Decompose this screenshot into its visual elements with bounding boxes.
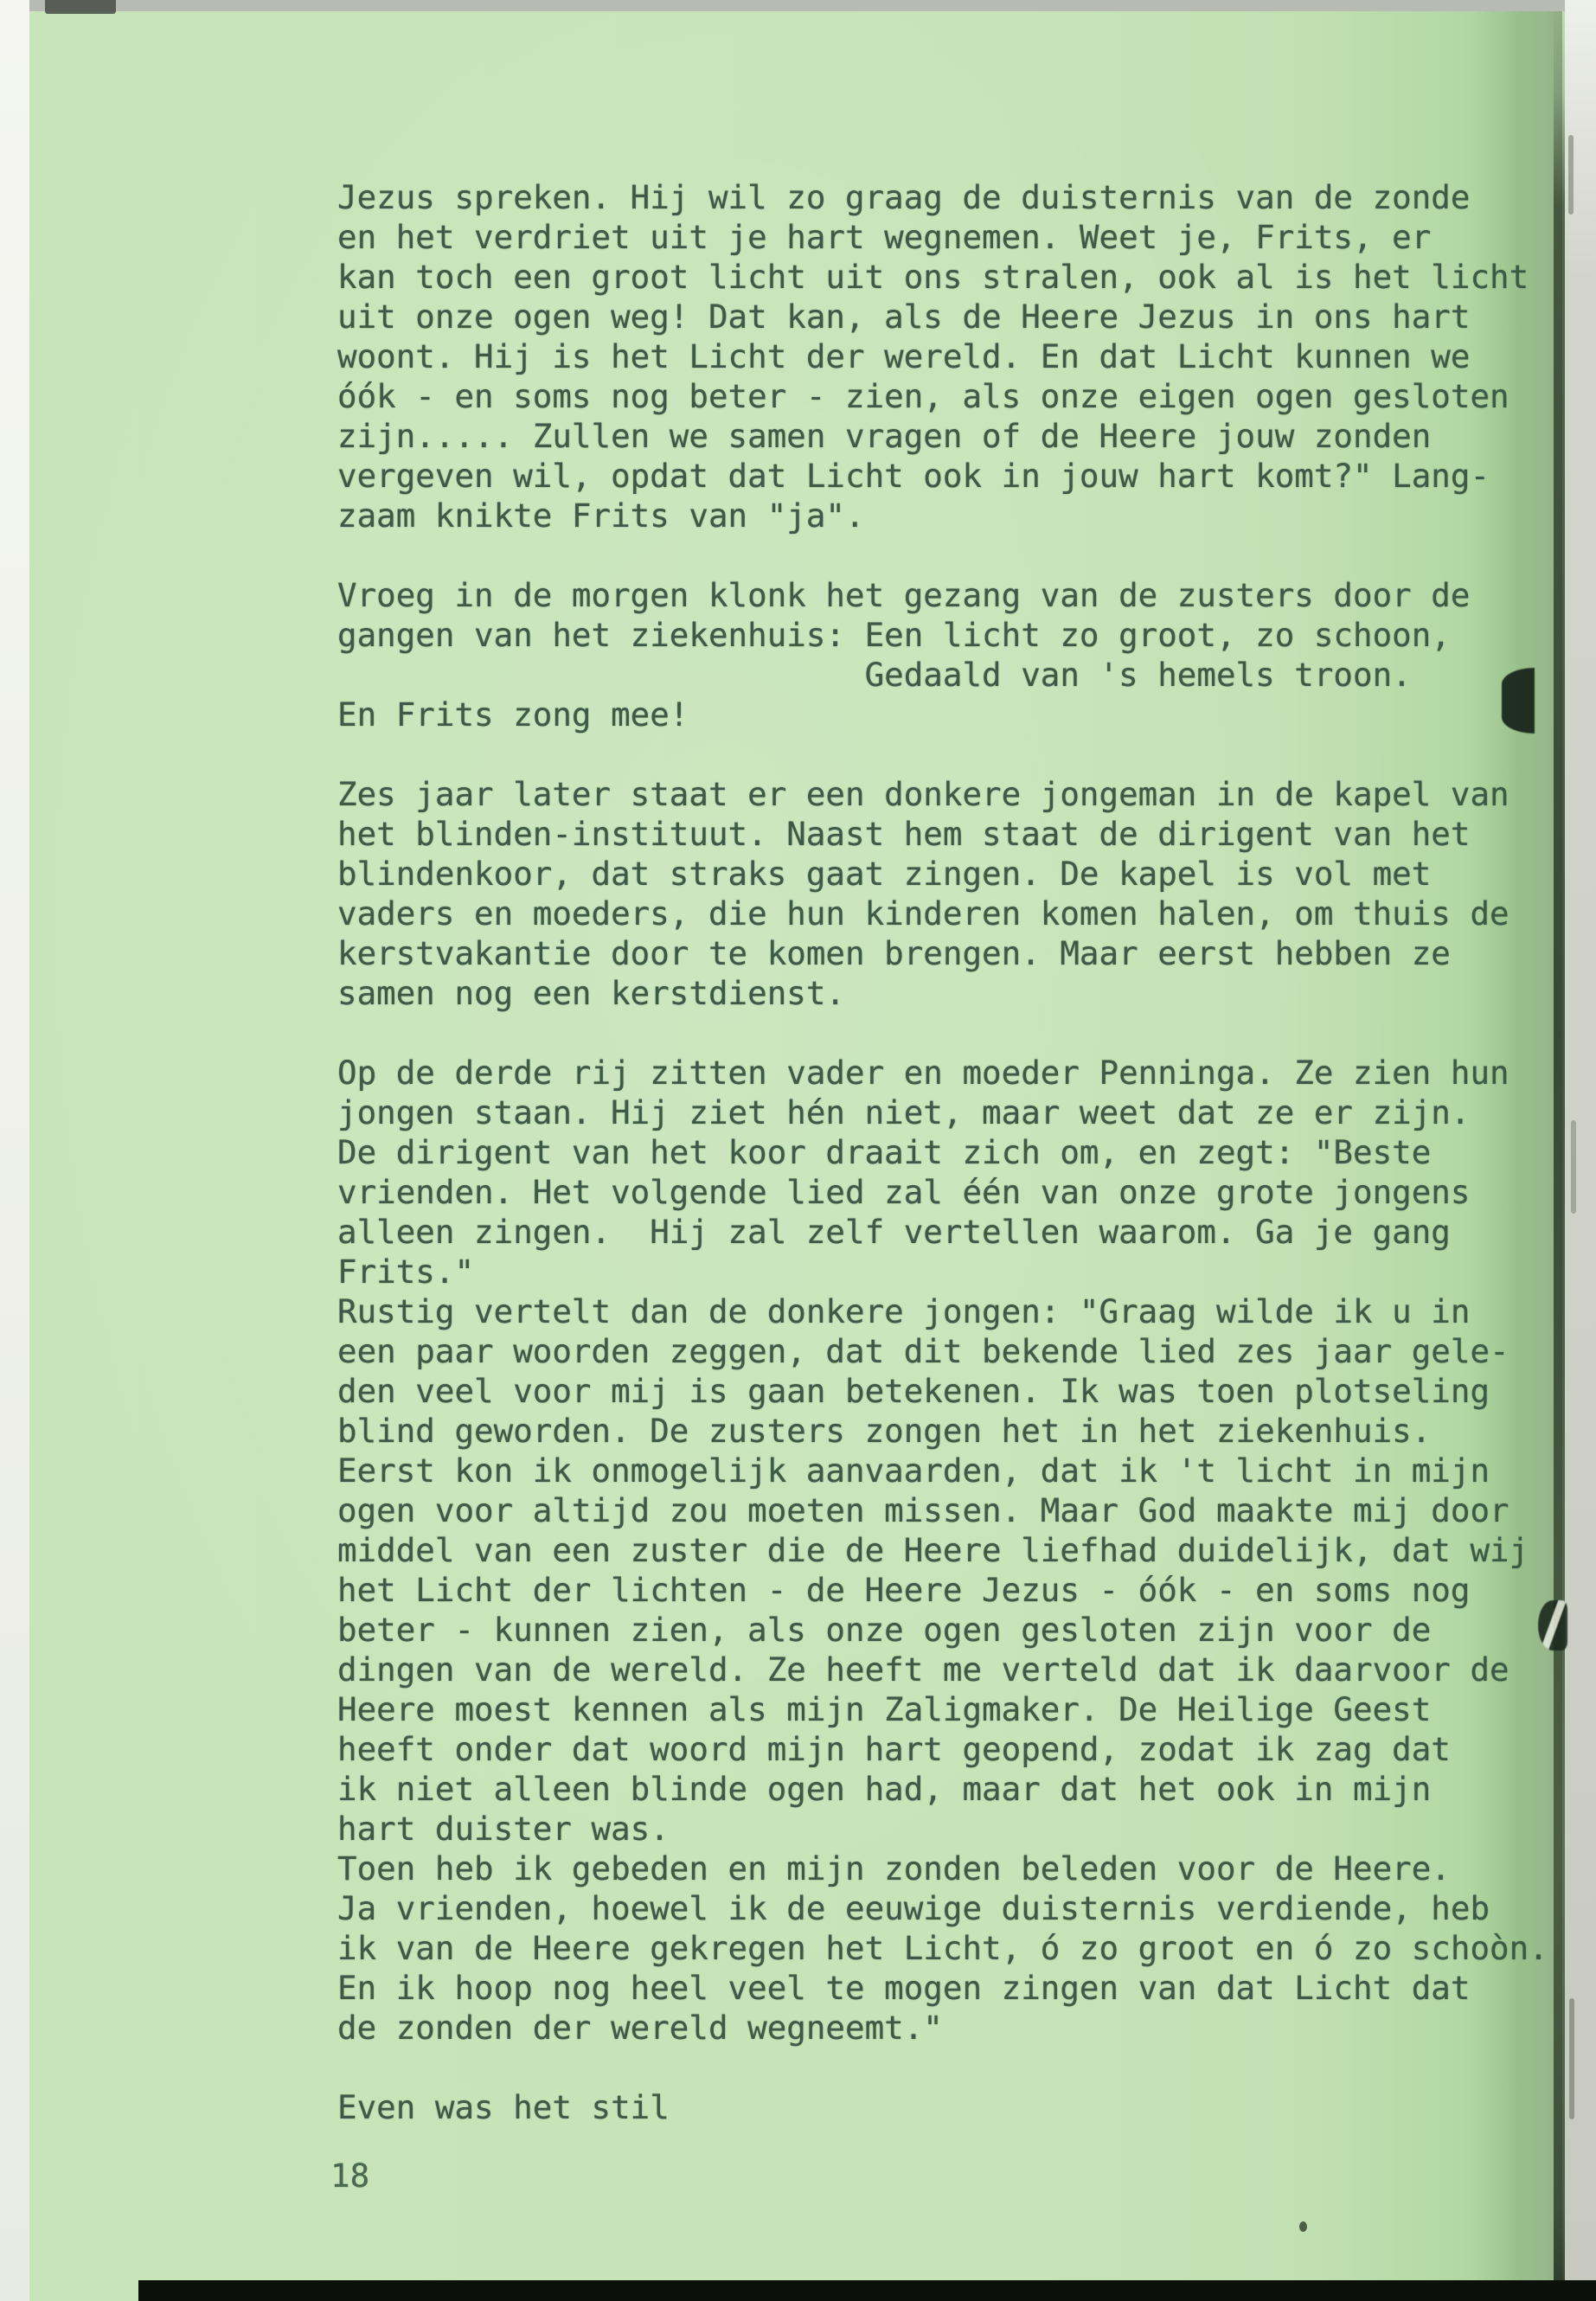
text-line: gangen van het ziekenhuis: Een licht zo …: [337, 615, 1548, 655]
paragraph: Jezus spreken. Hij wil zo graag de duist…: [337, 177, 1548, 535]
text-line: óók - en soms nog beter - zien, als onze…: [337, 376, 1548, 416]
text-line: en het verdriet uit je hart wegnemen. We…: [337, 217, 1548, 257]
text-line: beter - kunnen zien, als onze ogen geslo…: [337, 1610, 1548, 1650]
text-line: vergeven wil, opdat dat Licht ook in jou…: [337, 456, 1548, 496]
text-line: Jezus spreken. Hij wil zo graag de duist…: [337, 177, 1548, 217]
text-line: De dirigent van het koor draait zich om,…: [337, 1132, 1548, 1172]
text-line: de zonden der wereld wegneemt.": [337, 2008, 1548, 2048]
text-line: Eerst kon ik onmogelijk aanvaarden, dat …: [337, 1451, 1548, 1490]
text-line: Gedaald van 's hemels troon.: [337, 655, 1548, 695]
text-line: ogen voor altijd zou moeten missen. Maar…: [337, 1490, 1548, 1530]
text-line: middel van een zuster die de Heere liefh…: [337, 1530, 1548, 1570]
paragraph: Even was het stil: [337, 2087, 1548, 2127]
text-line: heeft onder dat woord mijn hart geopend,…: [337, 1729, 1548, 1769]
text-line: hart duister was.: [337, 1809, 1548, 1849]
text-line: vrienden. Het volgende lied zal één van …: [337, 1172, 1548, 1212]
paragraph: Op de derde rij zitten vader en moeder P…: [337, 1053, 1548, 2048]
text-line: een paar woorden zeggen, dat dit bekende…: [337, 1331, 1548, 1371]
text-line: zijn..... Zullen we samen vragen of de H…: [337, 416, 1548, 456]
scan-bottom-bar: [138, 2280, 1596, 2301]
page-number: 18: [330, 2156, 369, 2195]
text-line: kerstvakantie door te komen brengen. Maa…: [337, 933, 1548, 973]
binding-edge-line: [1554, 0, 1565, 2301]
text-line: blindenkoor, dat straks gaat zingen. De …: [337, 854, 1548, 894]
text-line: kan toch een groot licht uit ons stralen…: [337, 257, 1548, 297]
text-line: Heere moest kennen als mijn Zaligmaker. …: [337, 1689, 1548, 1729]
text-line: Frits.": [337, 1252, 1548, 1292]
text-line: Vroeg in de morgen klonk het gezang van …: [337, 575, 1548, 615]
text-line: den veel voor mij is gaan betekenen. Ik …: [337, 1371, 1548, 1411]
ink-speck: [1299, 2221, 1307, 2232]
ink-blot-half-disc: [1502, 668, 1535, 734]
scan-top-edge: [29, 0, 1596, 11]
text-line: Zes jaar later staat er een donkere jong…: [337, 774, 1548, 814]
text-line: Ja vrienden, hoewel ik de eeuwige duiste…: [337, 1888, 1548, 1928]
text-line: het blinden-instituut. Naast hem staat d…: [337, 814, 1548, 854]
text-line: Rustig vertelt dan de donkere jongen: "G…: [337, 1292, 1548, 1331]
text-block: Jezus spreken. Hij wil zo graag de duist…: [337, 177, 1548, 2167]
text-line: ik van de Heere gekregen het Licht, ó zo…: [337, 1928, 1548, 1968]
scanner-streak: [1571, 1120, 1576, 1214]
text-line: En Frits zong mee!: [337, 695, 1548, 734]
text-line: dingen van de wereld. Ze heeft me vertel…: [337, 1650, 1548, 1689]
scanner-streak: [1569, 1998, 1574, 2119]
text-line: Toen heb ik gebeden en mijn zonden beled…: [337, 1849, 1548, 1888]
text-line: samen nog een kerstdienst.: [337, 973, 1548, 1013]
text-line: het Licht der lichten - de Heere Jezus -…: [337, 1570, 1548, 1610]
text-line: jongen staan. Hij ziet hén niet, maar we…: [337, 1093, 1548, 1132]
scanner-streak: [1568, 135, 1574, 215]
scanner-background-column: [1565, 0, 1596, 2301]
text-line: alleen zingen. Hij zal zelf vertellen wa…: [337, 1212, 1548, 1252]
paragraph: Vroeg in de morgen klonk het gezang van …: [337, 575, 1548, 734]
binding-shadow: [1471, 0, 1562, 2301]
text-line: blind geworden. De zusters zongen het in…: [337, 1411, 1548, 1451]
text-line: ik niet alleen blinde ogen had, maar dat…: [337, 1769, 1548, 1809]
text-line: vaders en moeders, die hun kinderen kome…: [337, 894, 1548, 933]
text-line: zaam knikte Frits van "ja".: [337, 496, 1548, 535]
text-line: Even was het stil: [337, 2087, 1548, 2127]
paragraph: Zes jaar later staat er een donkere jong…: [337, 774, 1548, 1013]
text-line: woont. Hij is het Licht der wereld. En d…: [337, 336, 1548, 376]
text-line: En ik hoop nog heel veel te mogen zingen…: [337, 1968, 1548, 2008]
text-line: uit onze ogen weg! Dat kan, als de Heere…: [337, 297, 1548, 336]
text-line: Op de derde rij zitten vader en moeder P…: [337, 1053, 1548, 1093]
ink-blot-slashed: [1538, 1600, 1567, 1650]
scan-left-margin: [0, 0, 29, 2301]
scan-top-left-mark: [45, 0, 116, 14]
